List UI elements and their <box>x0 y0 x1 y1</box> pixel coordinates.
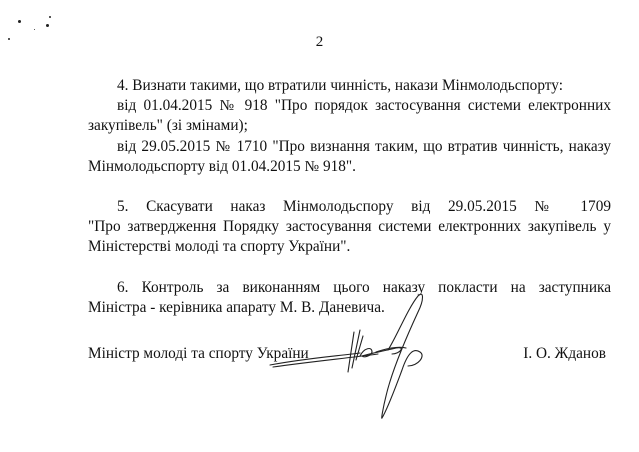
item-5-line-2: "Про затвердження Порядку застосування с… <box>88 217 611 237</box>
signatory-title: Міністр молоді та спорту України <box>88 345 309 363</box>
item-4-order-1710: від 29.05.2015 № 1710 "Про визнання таки… <box>88 137 611 157</box>
item-4-heading: 4. Визнати такими, що втратили чинність,… <box>88 76 611 96</box>
item-4-order-918-cont: закупівель" (зі змінами); <box>88 116 611 136</box>
signatory-name: І. О. Жданов <box>523 345 606 363</box>
item-5-line-1: 5. Скасувати наказ Мінмолодьспору від 29… <box>88 197 611 217</box>
item-5-line-3: Міністерстві молоді та спорту України". <box>88 237 611 257</box>
page-number: 2 <box>0 34 639 51</box>
item-4-order-1710-cont: Мінмолодьспорту від 01.04.2015 № 918". <box>88 157 611 177</box>
item-4-order-918: від 01.04.2015 № 918 "Про порядок застос… <box>88 96 611 116</box>
document-body: 4. Визнати такими, що втратили чинність,… <box>88 76 611 318</box>
